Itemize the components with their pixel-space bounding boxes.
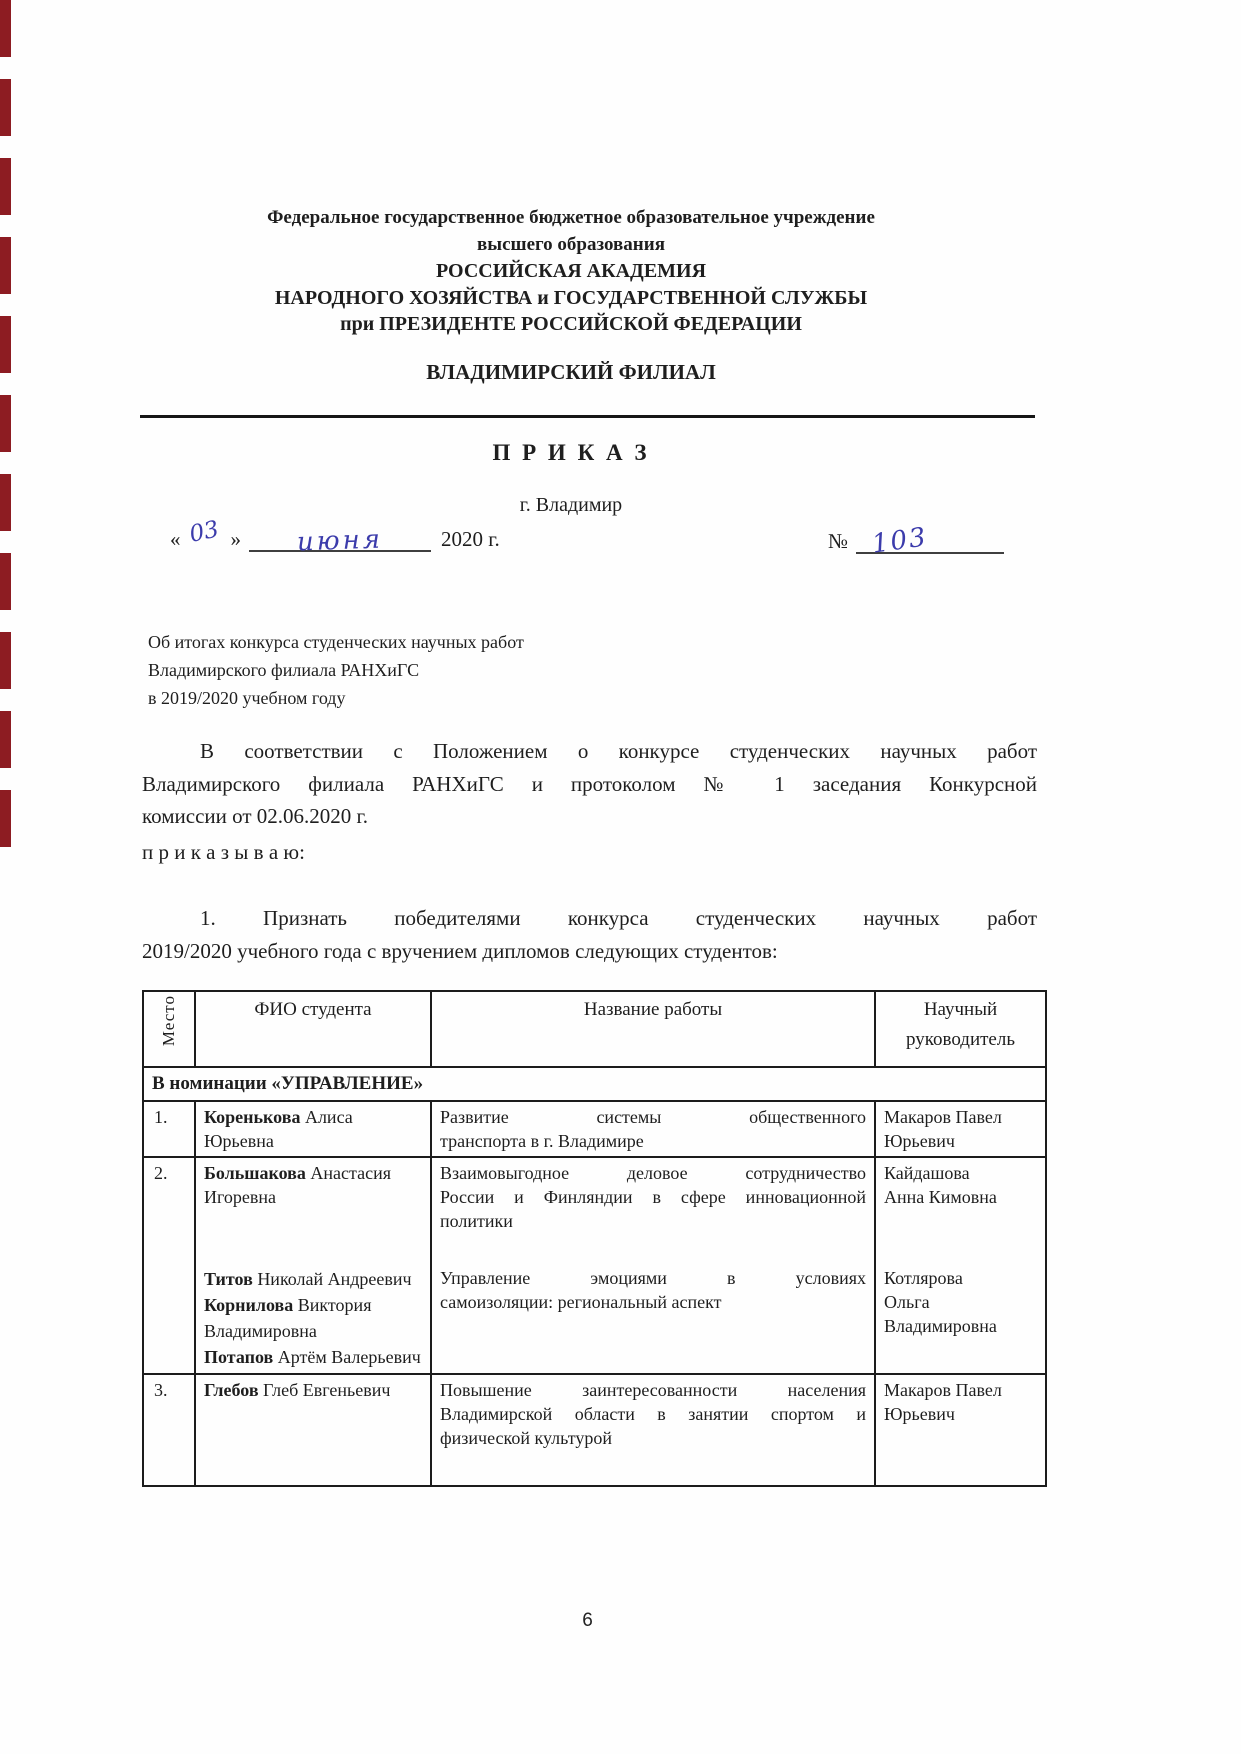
date-blank-line: июня	[249, 520, 431, 552]
decree-word: п р и к а з ы в а ю:	[142, 840, 1037, 865]
supervisor-group: Котлярова Ольга Владимировна	[884, 1266, 1037, 1338]
letterhead-line-1: Федеральное государственное бюджетное об…	[140, 205, 1002, 232]
intro-line-3: комиссии от 02.06.2020 г.	[142, 800, 1037, 833]
order-subject: Об итогах конкурса студенческих научных …	[148, 628, 848, 712]
student-name: Глебов Глеб Евгеньевич	[204, 1378, 422, 1402]
student-name: Титов Николай Андреевич	[204, 1266, 422, 1292]
supervisor-cell: Макаров Павел Юрьевич	[875, 1101, 1046, 1157]
student-group: Большакова Анастасия Игоревна	[204, 1161, 422, 1266]
work-title-line: России и Финляндии в сфере инновационной	[440, 1185, 866, 1209]
work-title-line: Управление эмоциями в условиях	[440, 1266, 866, 1290]
table-row: 1. Коренькова Алиса Юрьевна Развитие сис…	[143, 1101, 1046, 1157]
subject-line-3: в 2019/2020 учебном году	[148, 684, 848, 712]
intro-line-1: В соответствии с Положением о конкурсе с…	[142, 735, 1037, 768]
letterhead-divider	[140, 415, 1035, 418]
supervisor-line: Кайдашова	[884, 1161, 1037, 1185]
page-number: 6	[140, 1610, 1035, 1632]
nomination-title: В номинации «УПРАВЛЕНИЕ»	[143, 1067, 1046, 1101]
work-title-line: Развитие системы общественного	[440, 1105, 866, 1129]
handwritten-number: 103	[870, 522, 929, 559]
order-item-1: 1. Признать победителями конкурса студен…	[142, 902, 1037, 968]
supervisor-line: Владимировна	[884, 1314, 1037, 1338]
supervisor-line: Ольга	[884, 1290, 1037, 1314]
place-cell: 3.	[143, 1374, 195, 1486]
handwritten-month: июня	[297, 525, 384, 558]
header-student: ФИО студента	[195, 991, 431, 1067]
supervisor-line: Макаров Павел	[884, 1378, 1037, 1402]
number-label: №	[828, 529, 848, 553]
work-title-line: физической культурой	[440, 1426, 866, 1450]
order-city: г. Владимир	[140, 494, 1002, 517]
student-cell: Глебов Глеб Евгеньевич	[195, 1374, 431, 1486]
student-name: Большакова Анастасия Игоревна	[204, 1161, 422, 1209]
number-blank-line: 103	[856, 522, 1004, 554]
open-quote: «	[170, 527, 181, 551]
work-title-line: политики	[440, 1209, 866, 1233]
date-and-number-line: «03»июня2020 г. №103	[142, 520, 1037, 566]
order-title: П Р И К А З	[140, 440, 1002, 466]
scan-edge-artifact	[0, 0, 11, 856]
place-cell: 1.	[143, 1101, 195, 1157]
student-group: Титов Николай Андреевич Корнилова Виктор…	[204, 1266, 422, 1370]
letterhead-line-2: высшего образования	[140, 232, 1002, 259]
student-cell: Большакова Анастасия Игоревна Титов Нико…	[195, 1157, 431, 1374]
student-cell: Коренькова Алиса Юрьевна	[195, 1101, 431, 1157]
work-group: Управление эмоциями в условиях самоизоля…	[440, 1266, 866, 1314]
header-work: Название работы	[431, 991, 875, 1067]
nomination-row: В номинации «УПРАВЛЕНИЕ»	[143, 1067, 1046, 1101]
place-cell: 2.	[143, 1157, 195, 1374]
subject-line-2: Владимирского филиала РАНХиГС	[148, 656, 848, 684]
subject-line-1: Об итогах конкурса студенческих научных …	[148, 628, 848, 656]
supervisor-line: Котлярова	[884, 1266, 1037, 1290]
branch-name: ВЛАДИМИРСКИЙ ФИЛИАЛ	[140, 360, 1002, 385]
date-year: 2020 г.	[441, 527, 500, 551]
work-title-line: Повышение заинтересованности населения	[440, 1378, 866, 1402]
supervisor-line: Юрьевич	[884, 1402, 1037, 1426]
document-page: Федеральное государственное бюджетное об…	[0, 0, 1241, 1754]
work-cell: Взаимовыгодное деловое сотрудничество Ро…	[431, 1157, 875, 1374]
supervisor-group: Кайдашова Анна Кимовна	[884, 1161, 1037, 1266]
student-name: Корнилова Виктория Владимировна	[204, 1292, 422, 1344]
item1-line-1: 1. Признать победителями конкурса студен…	[142, 902, 1037, 935]
work-cell: Повышение заинтересованности населения В…	[431, 1374, 875, 1486]
letterhead-line-3: РОССИЙСКАЯ АКАДЕМИЯ	[140, 258, 1002, 285]
table-header-row: Место ФИО студента Название работы Научн…	[143, 991, 1046, 1067]
work-title-line: Взаимовыгодное деловое сотрудничество	[440, 1161, 866, 1185]
header-supervisor: Научный руководитель	[875, 991, 1046, 1067]
letterhead: Федеральное государственное бюджетное об…	[140, 205, 1002, 338]
student-name: Коренькова Алиса Юрьевна	[204, 1105, 422, 1153]
intro-line-2: Владимирского филиала РАНХиГС и протокол…	[142, 768, 1037, 801]
order-number: №103	[828, 522, 1004, 554]
close-quote: »	[231, 527, 242, 551]
table-row: 2. Большакова Анастасия Игоревна Титов Н…	[143, 1157, 1046, 1374]
work-title-line: самоизоляции: региональный аспект	[440, 1290, 866, 1314]
supervisor-cell: Кайдашова Анна Кимовна Котлярова Ольга В…	[875, 1157, 1046, 1374]
intro-paragraph: В соответствии с Положением о конкурсе с…	[142, 735, 1037, 833]
supervisor-line: Макаров Павел	[884, 1105, 1037, 1129]
supervisor-line: Юрьевич	[884, 1129, 1037, 1153]
work-group: Взаимовыгодное деловое сотрудничество Ро…	[440, 1161, 866, 1266]
letterhead-line-4: НАРОДНОГО ХОЗЯЙСТВА и ГОСУДАРСТВЕННОЙ СЛ…	[140, 285, 1002, 312]
supervisor-line: Анна Кимовна	[884, 1185, 1037, 1209]
student-name: Потапов Артём Валерьевич	[204, 1344, 422, 1370]
work-cell: Развитие системы общественного транспорт…	[431, 1101, 875, 1157]
header-place: Место	[143, 991, 195, 1067]
work-title-line: транспорта в г. Владимире	[440, 1129, 866, 1153]
results-table: Место ФИО студента Название работы Научн…	[142, 990, 1047, 1487]
handwritten-day: 03	[187, 516, 221, 548]
supervisor-cell: Макаров Павел Юрьевич	[875, 1374, 1046, 1486]
letterhead-line-5: при ПРЕЗИДЕНТЕ РОССИЙСКОЙ ФЕДЕРАЦИИ	[140, 311, 1002, 338]
work-title-line: Владимирской области в занятии спортом и	[440, 1402, 866, 1426]
table-row: 3. Глебов Глеб Евгеньевич Повышение заин…	[143, 1374, 1046, 1486]
item1-line-2: 2019/2020 учебного года с вручением дипл…	[142, 935, 1037, 968]
